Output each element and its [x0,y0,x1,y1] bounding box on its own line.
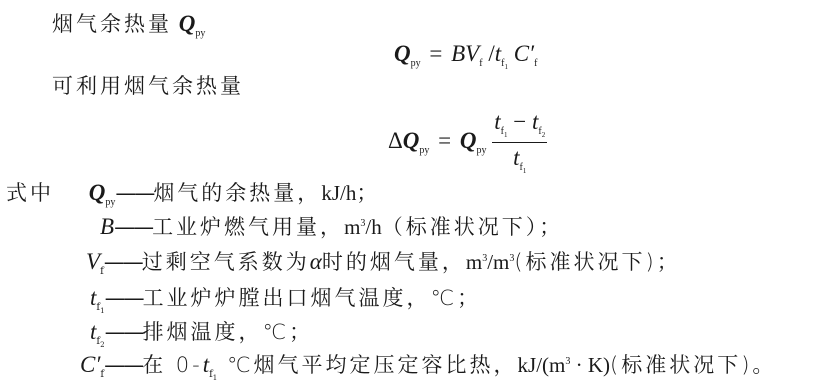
definition-b: B——工业炉燃气用量，m3/h（标准状况下）； [100,215,563,238]
intro-label: 式中 [6,181,54,205]
definition-c-f: C′f——在 0-tf1 ℃烟气平均定压定容比热，kJ/(m3 · K)(标准状… [80,353,776,382]
formula-waste-heat: Qpy = BVf /tf1 C′f [394,42,537,71]
definition-v-f: Vf——过剩空气系数为α时的烟气量，m3/m3(标准状况下)； [86,250,681,277]
heading-flue-gas-waste-heat: 烟气余热量 Qpy [52,12,205,39]
fraction: tf1 − tf2 tf1 [492,110,547,175]
definition-q-py: 式中 Qpy——烟气的余热量，kJ/h； [6,181,377,208]
definition-t-f1: tf1——工业炉炉膛出口烟气温度，℃； [90,286,481,315]
heading-usable-waste-heat: 可利用烟气余热量 [52,76,244,97]
heading-label: 烟气余热量 [52,12,172,36]
formula-usable-heat: ΔQpy = Qpy tf1 − tf2 tf1 [388,110,547,175]
definition-t-f2: tf2——排烟温度，℃； [90,320,313,349]
symbol-q: Qpy [179,11,206,36]
